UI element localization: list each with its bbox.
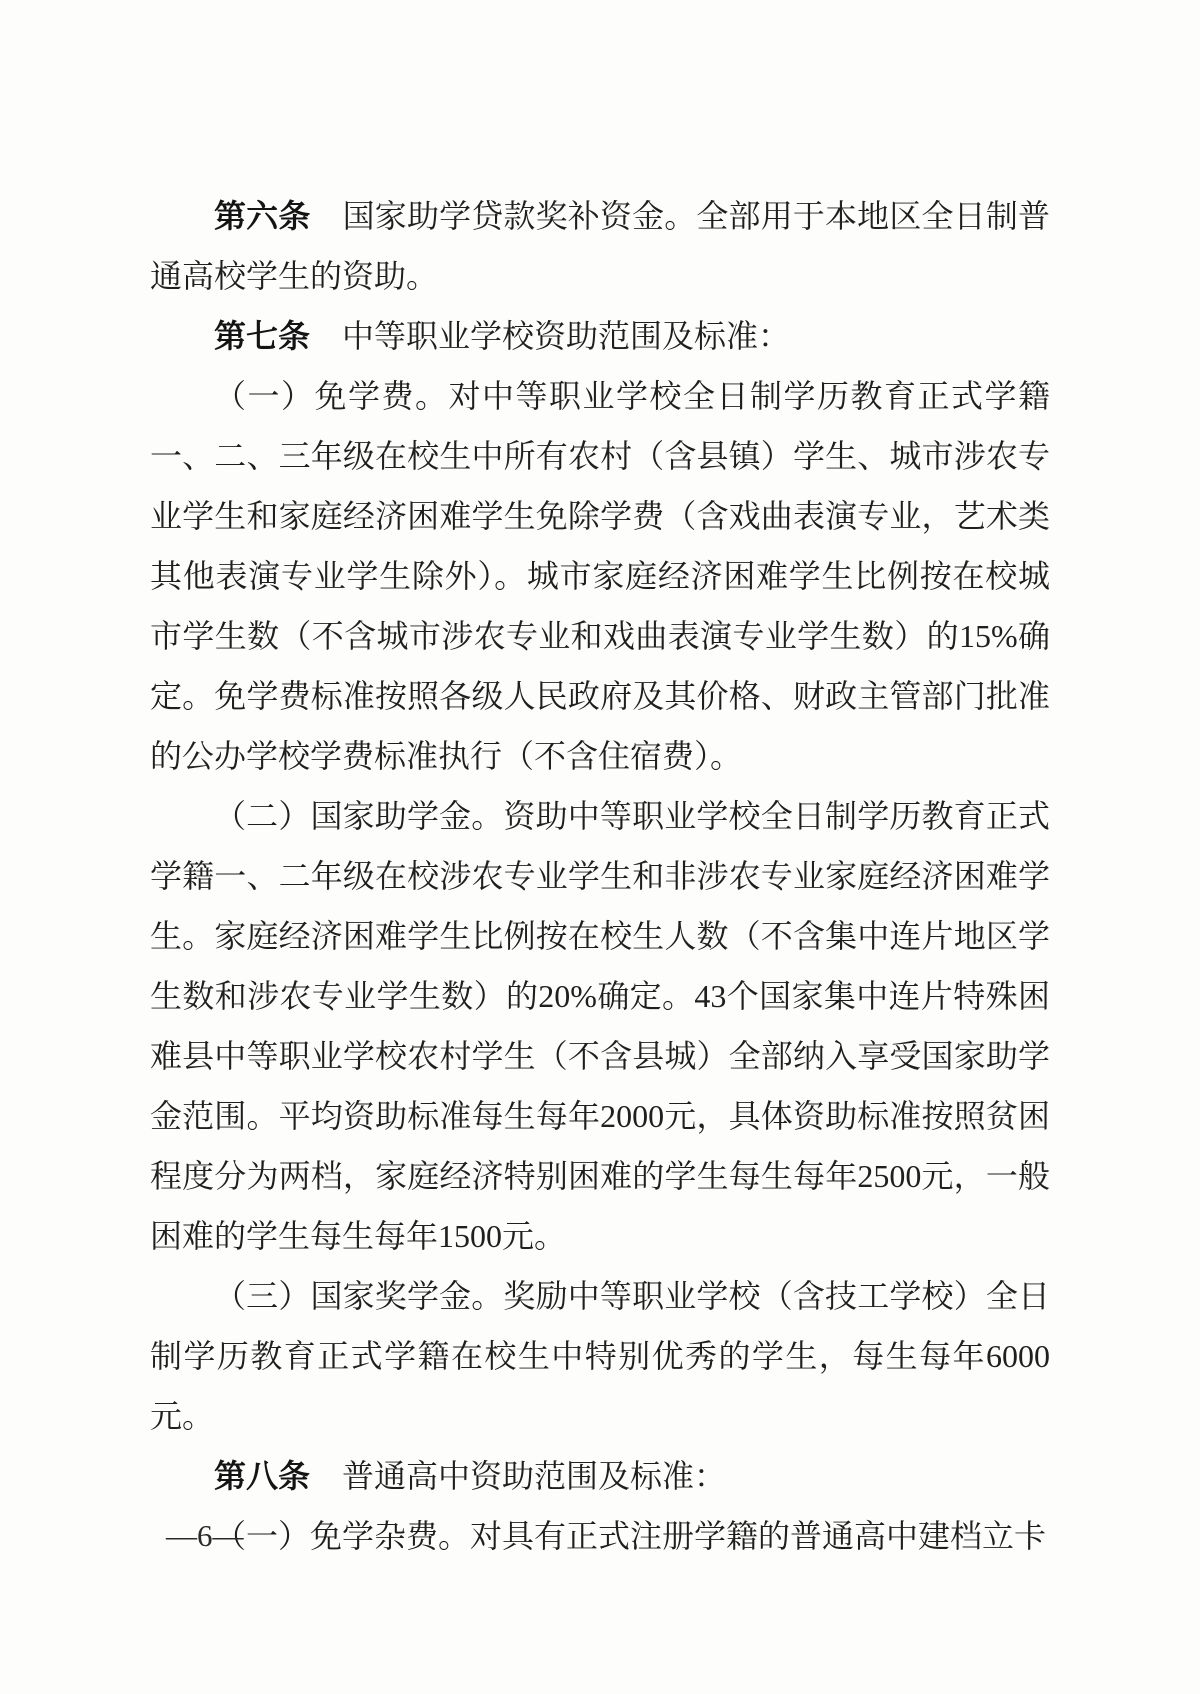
- item-1-fee-waiver-paragraph: （一）免学杂费。对具有正式注册学籍的普通高中建档立卡: [150, 1506, 1050, 1566]
- document-page: 第六条 国家助学贷款奖补资金。全部用于本地区全日制普通高校学生的资助。 第七条 …: [0, 0, 1200, 1694]
- item-1-tuition-waiver-text: （一）免学费。对中等职业学校全日制学历教育正式学籍一、二、三年级在校生中所有农村…: [150, 378, 1050, 774]
- article-7-text: 中等职业学校资助范围及标准：: [310, 318, 790, 354]
- article-7-heading: 第七条 中等职业学校资助范围及标准：: [150, 306, 1050, 366]
- item-2-state-grant-text: （二）国家助学金。资助中等职业学校全日制学历教育正式学籍一、二年级在校涉农专业学…: [150, 798, 1050, 1254]
- item-2-state-grant-paragraph: （二）国家助学金。资助中等职业学校全日制学历教育正式学籍一、二年级在校涉农专业学…: [150, 786, 1050, 1266]
- article-7-label: 第七条: [214, 318, 310, 354]
- item-1-fee-waiver-text: （一）免学杂费。对具有正式注册学籍的普通高中建档立卡: [214, 1518, 1046, 1554]
- article-8-label: 第八条: [214, 1458, 310, 1494]
- article-6-paragraph: 第六条 国家助学贷款奖补资金。全部用于本地区全日制普通高校学生的资助。: [150, 186, 1050, 306]
- item-3-state-scholarship-paragraph: （三）国家奖学金。奖励中等职业学校（含技工学校）全日制学历教育正式学籍在校生中特…: [150, 1266, 1050, 1446]
- article-8-heading: 第八条 普通高中资助范围及标准：: [150, 1446, 1050, 1506]
- document-body: 第六条 国家助学贷款奖补资金。全部用于本地区全日制普通高校学生的资助。 第七条 …: [150, 186, 1050, 1566]
- item-3-state-scholarship-text: （三）国家奖学金。奖励中等职业学校（含技工学校）全日制学历教育正式学籍在校生中特…: [150, 1278, 1050, 1434]
- page-number: —6—: [166, 1516, 244, 1556]
- article-6-label: 第六条: [214, 198, 310, 234]
- article-8-text: 普通高中资助范围及标准：: [310, 1458, 726, 1494]
- item-1-tuition-waiver-paragraph: （一）免学费。对中等职业学校全日制学历教育正式学籍一、二、三年级在校生中所有农村…: [150, 366, 1050, 786]
